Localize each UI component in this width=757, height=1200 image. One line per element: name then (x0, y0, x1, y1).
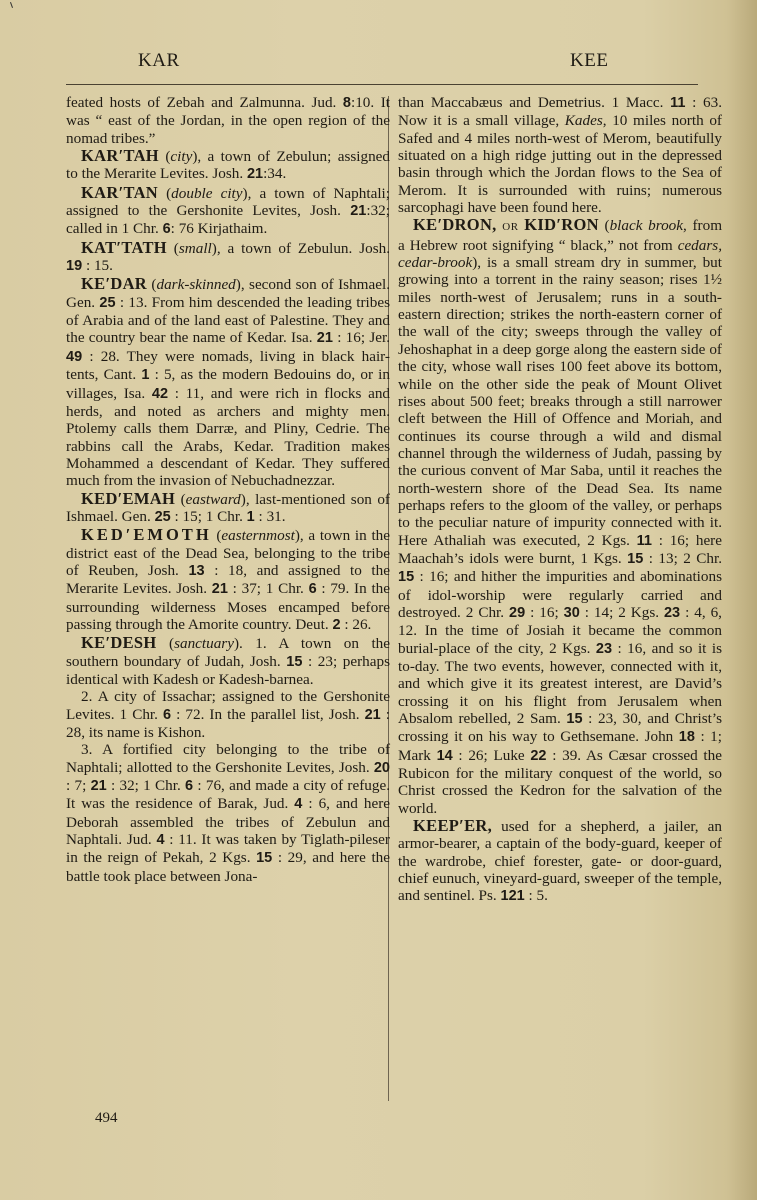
headword: KED′EMAH (81, 489, 175, 508)
running-head-left: KAR (138, 50, 180, 72)
running-head: KAR KEE (0, 50, 757, 80)
headword: KE′DAR (81, 274, 147, 293)
scan-mark (10, 2, 13, 8)
headword: KE′DESH (81, 633, 157, 652)
right-column: than Maccabæus and Demetrius. 1 Macc. 11… (398, 94, 722, 906)
header-rule (66, 84, 698, 85)
entry-keeper: KEEP′ER, used for a shepherd, a jailer, … (398, 817, 722, 906)
headword: KAR′TAN (81, 183, 158, 202)
headword: KE′DRON, (413, 215, 497, 234)
headword: KED′EMOTH (81, 525, 212, 544)
entry-kattath: KAT′TATH (small), a town of Zebulun. Jos… (66, 239, 390, 276)
entry-kartan: KAR′TAN (double city), a town of Naphtal… (66, 184, 390, 239)
running-head-right: KEE (570, 50, 608, 72)
entry-kedemoth: KED′EMOTH (easternmost), a town in the d… (66, 526, 390, 634)
entry-kedron: KE′DRON, OR KID′RON (black brook, from a… (398, 216, 722, 817)
entry-continuation: than Maccabæus and Demetrius. 1 Macc. 11… (398, 94, 722, 216)
entry-kedesh-3: 3. A fortified city belonging to the tri… (66, 741, 390, 885)
headword: KEEP′ER, (413, 816, 492, 835)
book-page: KAR KEE feated hosts of Zebah and Zalmun… (0, 0, 757, 1200)
entry-kedemah: KED′EMAH (eastward), last-mentioned son … (66, 490, 390, 527)
entry-kedar: KE′DAR (dark-skinned), second son of Ish… (66, 275, 390, 489)
entry-continuation: feated hosts of Zebah and Zalmunna. Jud.… (66, 94, 390, 147)
entry-kedesh: KE′DESH (sanctuary). 1. A town on the so… (66, 634, 390, 688)
left-column: feated hosts of Zebah and Zalmunna. Jud.… (66, 94, 390, 885)
headword-alt: KID′RON (524, 215, 599, 234)
entry-kedesh-2: 2. A city of Issachar; assigned to the G… (66, 688, 390, 741)
page-number: 494 (95, 1110, 118, 1127)
headword: KAT′TATH (81, 238, 167, 257)
headword: KAR′TAH (81, 146, 159, 165)
entry-kartah: KAR′TAH (city), a town of Zebulun; assig… (66, 147, 390, 184)
